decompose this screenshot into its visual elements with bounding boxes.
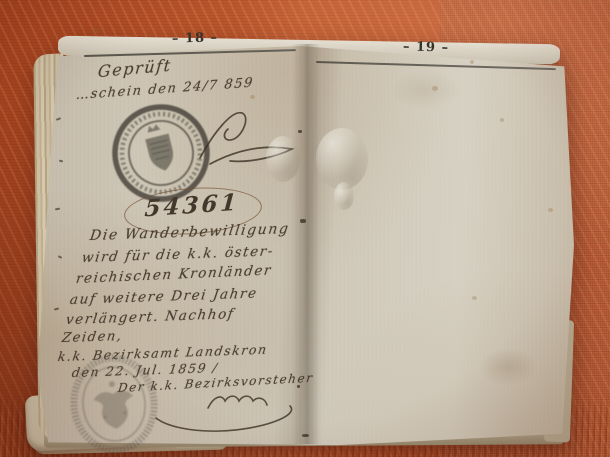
page-number-19: – 19 – <box>386 39 466 56</box>
embossed-mark <box>266 136 300 182</box>
foxing-spot <box>470 60 474 64</box>
foxing-spot <box>92 28 100 34</box>
handwriting-line: Zeiden, <box>61 329 124 346</box>
foxing-spot <box>250 95 255 99</box>
embossed-mark <box>334 182 354 210</box>
page-number-18: – 18 – <box>155 30 235 47</box>
foxing-spot <box>472 296 477 300</box>
ink-speck <box>302 434 309 437</box>
ink-speck <box>300 219 306 223</box>
eagle-icon <box>93 389 137 431</box>
open-book: – 18 – – 19 – Geprüft …schein den 24/7 8… <box>0 0 610 457</box>
embossed-mark <box>316 128 368 190</box>
ink-speck <box>297 385 300 388</box>
stain-smudge <box>478 348 538 386</box>
foxing-spot <box>500 118 504 122</box>
seal-crest-icon <box>142 122 177 173</box>
signature-flourish <box>150 388 302 436</box>
oval-eagle-seal-stamp <box>61 349 167 457</box>
foxing-spot <box>548 208 553 212</box>
ink-speck <box>298 130 302 133</box>
stain-smudge <box>390 70 460 110</box>
photo-of-open-antique-book: – 18 – – 19 – Geprüft …schein den 24/7 8… <box>0 0 610 457</box>
